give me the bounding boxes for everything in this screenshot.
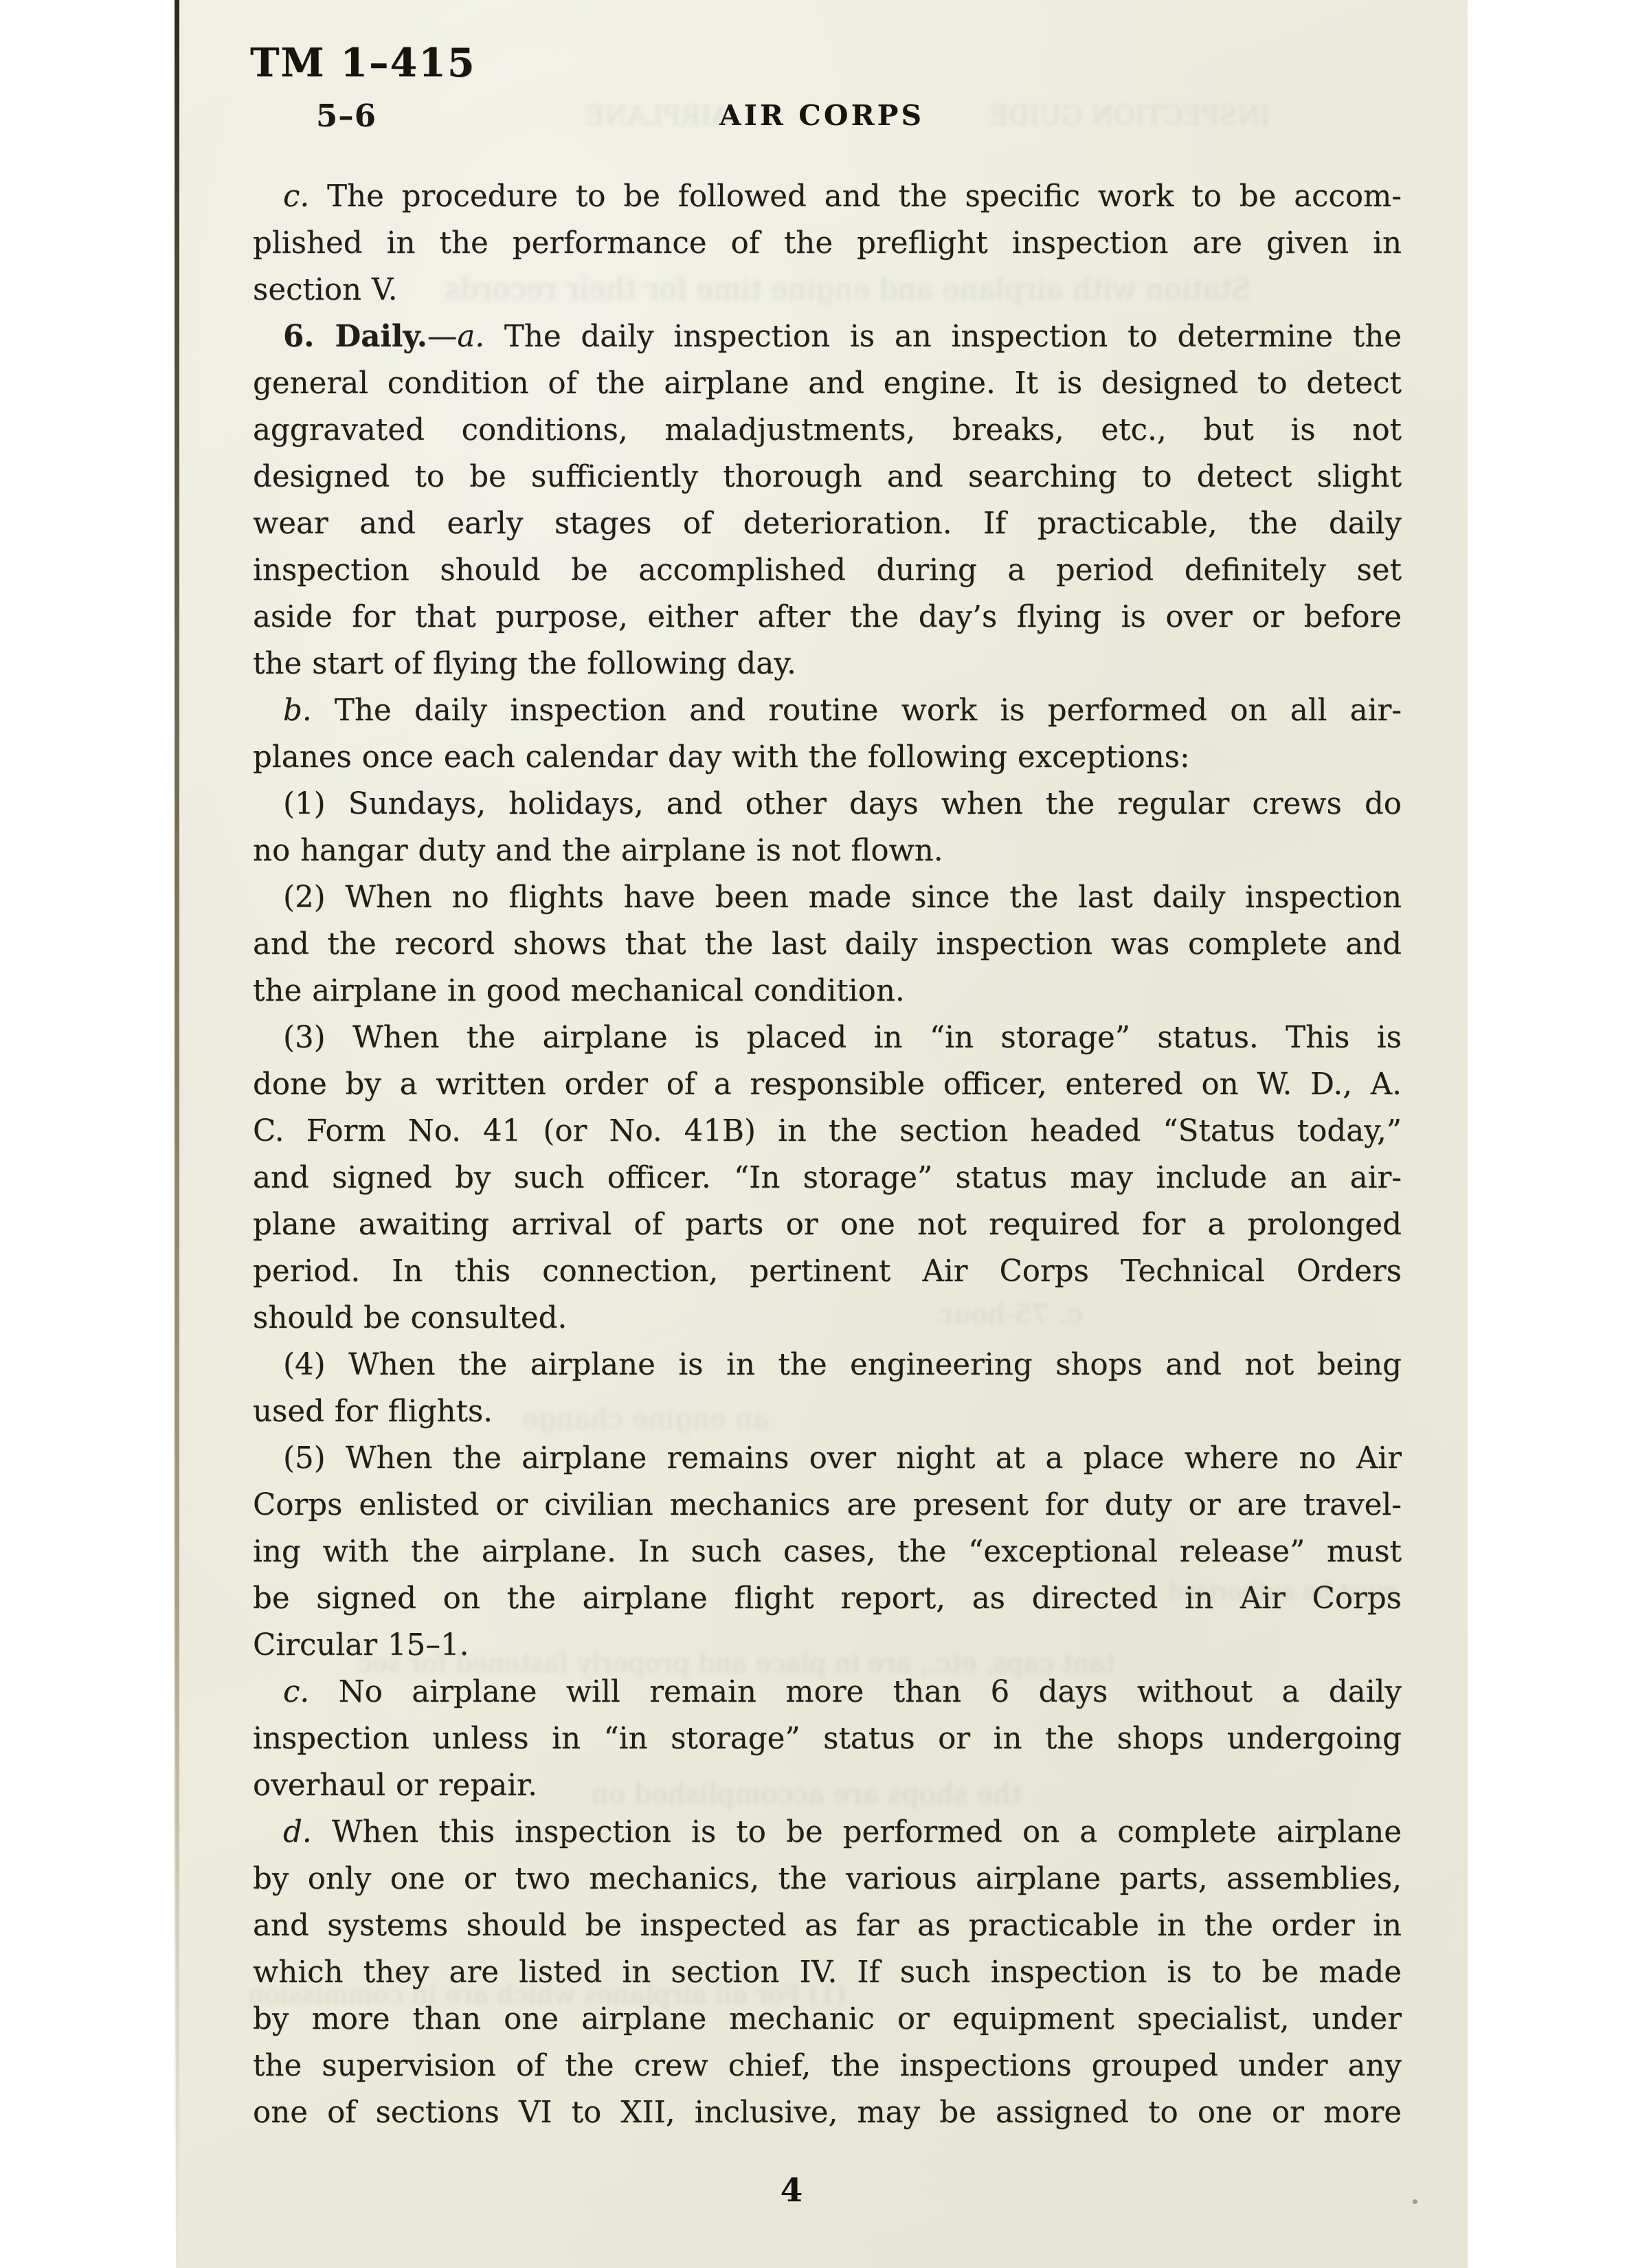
text-line: inspection should be accomplished during… [253, 547, 1402, 594]
text-line: period. In this connection, pertinent Ai… [253, 1248, 1402, 1295]
text-line: (3) When the airplane is placed in “in s… [253, 1014, 1402, 1061]
page-number: 4 [757, 2172, 826, 2210]
text-line: be signed on the airplane flight report,… [253, 1575, 1402, 1622]
text-line: used for flights. [253, 1388, 1402, 1435]
paragraph: b. The daily inspection and routine work… [253, 687, 1402, 781]
text-line: and systems should be inspected as far a… [253, 1902, 1402, 1949]
text-line: plished in the performance of the prefli… [253, 220, 1402, 267]
text-line: by only one or two mechanics, the variou… [253, 1856, 1402, 1902]
paragraph: (3) When the airplane is placed in “in s… [253, 1014, 1402, 1342]
text-line: should be consulted. [253, 1295, 1402, 1342]
text-line: done by a written order of a responsible… [253, 1061, 1402, 1108]
text-line: C. Form No. 41 (or No. 41B) in the secti… [253, 1108, 1402, 1155]
text-line: planes once each calendar day with the f… [253, 734, 1402, 781]
text-line: aggravated conditions, maladjustments, b… [253, 407, 1402, 454]
text-line: (4) When the airplane is in the engineer… [253, 1342, 1402, 1388]
text-line: which they are listed in section IV. If … [253, 1949, 1402, 1996]
paragraph: (5) When the airplane remains over night… [253, 1435, 1402, 1669]
page-scan: TM 1–415 5–6 AIR CORPS c. The procedure … [176, 0, 1468, 2268]
text-line: overhaul or repair. [253, 1762, 1402, 1809]
running-head: AIR CORPS [176, 99, 1468, 132]
text-line: by more than one airplane mechanic or eq… [253, 1996, 1402, 2043]
text-line: (2) When no flights have been made since… [253, 874, 1402, 921]
text-line: no hangar duty and the airplane is not f… [253, 827, 1402, 874]
body-text: c. The procedure to be followed and the … [253, 173, 1402, 2136]
paragraph: (1) Sundays, holidays, and other days wh… [253, 781, 1402, 874]
text-line: the airplane in good mechanical conditio… [253, 968, 1402, 1014]
scan-speck [1413, 2199, 1417, 2204]
text-line: wear and early stages of deterioration. … [253, 500, 1402, 547]
text-line: inspection unless in “in storage” status… [253, 1715, 1402, 1762]
paragraph: c. The procedure to be followed and the … [253, 173, 1402, 313]
text-line: 6. Daily.—a. The daily inspection is an … [253, 313, 1402, 360]
text-line: b. The daily inspection and routine work… [253, 687, 1402, 734]
paragraph: (2) When no flights have been made since… [253, 874, 1402, 1014]
binding-edge-shadow [175, 0, 179, 2268]
text-line: (1) Sundays, holidays, and other days wh… [253, 781, 1402, 827]
text-line: c. The procedure to be followed and the … [253, 173, 1402, 220]
paragraph: 6. Daily.—a. The daily inspection is an … [253, 313, 1402, 687]
text-line: section V. [253, 267, 1402, 313]
manual-number: TM 1–415 [250, 40, 476, 86]
text-line: Corps enlisted or civilian mechanics are… [253, 1482, 1402, 1528]
text-line: d. When this inspection is to be perform… [253, 1809, 1402, 1856]
scanned-manual-page: { "page": { "header": { "tm_number": "TM… [0, 0, 1649, 2268]
text-line: plane awaiting arrival of parts or one n… [253, 1201, 1402, 1248]
text-line: and signed by such officer. “In storage”… [253, 1155, 1402, 1201]
paragraph: d. When this inspection is to be perform… [253, 1809, 1402, 2136]
text-line: and the record shows that the last daily… [253, 921, 1402, 968]
text-line: the supervision of the crew chief, the i… [253, 2043, 1402, 2089]
text-line: (5) When the airplane remains over night… [253, 1435, 1402, 1482]
text-line: one of sections VI to XII, inclusive, ma… [253, 2089, 1402, 2136]
text-line: designed to be sufficiently thorough and… [253, 454, 1402, 500]
paragraph: c. No airplane will remain more than 6 d… [253, 1669, 1402, 1809]
text-line: c. No airplane will remain more than 6 d… [253, 1669, 1402, 1715]
text-line: general condition of the airplane and en… [253, 360, 1402, 407]
text-line: aside for that purpose, either after the… [253, 594, 1402, 641]
paragraph: (4) When the airplane is in the engineer… [253, 1342, 1402, 1435]
text-line: the start of flying the following day. [253, 641, 1402, 687]
text-line: Circular 15–1. [253, 1622, 1402, 1669]
text-line: ing with the airplane. In such cases, th… [253, 1528, 1402, 1575]
